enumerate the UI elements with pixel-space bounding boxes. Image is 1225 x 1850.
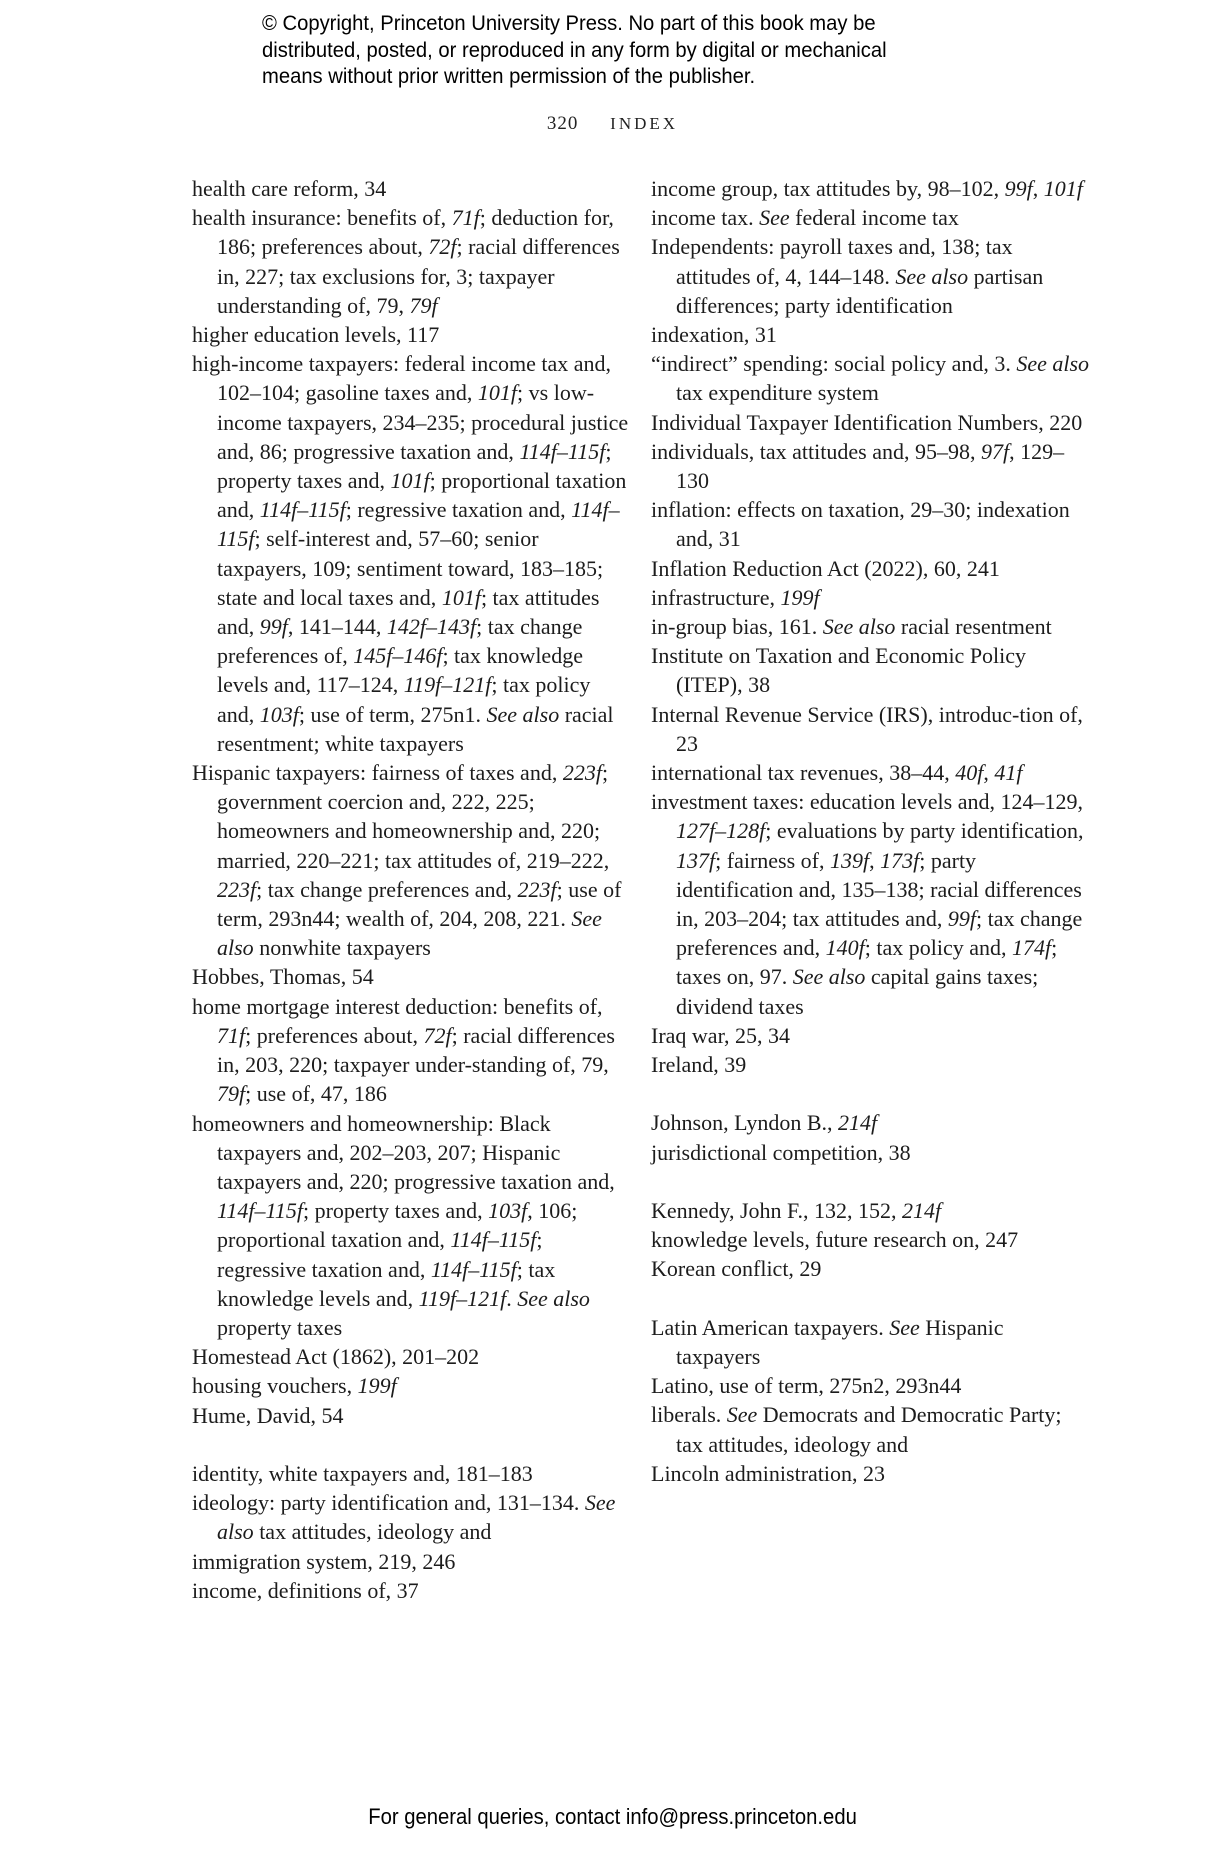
index-entry: Homestead Act (1862), 201–202 (192, 1342, 632, 1371)
index-entry: Hume, David, 54 (192, 1401, 632, 1430)
index-entry: ideology: party identification and, 131–… (192, 1488, 632, 1546)
index-entry: immigration system, 219, 246 (192, 1547, 632, 1576)
index-entry: “indirect” spending: social policy and, … (651, 349, 1091, 407)
index-entry: Latin American taxpayers. See Hispanic t… (651, 1313, 1091, 1371)
index-entry: inflation: effects on taxation, 29–30; i… (651, 495, 1091, 553)
copyright-line: means without prior written permission o… (262, 63, 976, 90)
index-entry: indexation, 31 (651, 320, 1091, 349)
index-entry: Kennedy, John F., 132, 152, 214f (651, 1196, 1091, 1225)
index-entry: housing vouchers, 199f (192, 1371, 632, 1400)
index-entry: Institute on Taxation and Economic Polic… (651, 641, 1091, 699)
index-entry: Hispanic taxpayers: fairness of taxes an… (192, 758, 632, 962)
index-entry: international tax revenues, 38–44, 40f, … (651, 758, 1091, 787)
index-entry: Inflation Reduction Act (2022), 60, 241 (651, 554, 1091, 583)
index-entry: Johnson, Lyndon B., 214f (651, 1108, 1091, 1137)
index-entry: home mortgage interest deduction: benefi… (192, 992, 632, 1109)
index-entry: identity, white taxpayers and, 181–183 (192, 1459, 632, 1488)
index-entry: higher education levels, 117 (192, 320, 632, 349)
index-entry: income tax. See federal income tax (651, 203, 1091, 232)
index-entry: liberals. See Democrats and Democratic P… (651, 1400, 1091, 1458)
index-entry: knowledge levels, future research on, 24… (651, 1225, 1091, 1254)
copyright-line: © Copyright, Princeton University Press.… (262, 10, 976, 37)
footer-contact: For general queries, contact info@press.… (0, 1804, 1225, 1830)
index-entry: Korean conflict, 29 (651, 1254, 1091, 1283)
index-entry: Individual Taxpayer Identification Numbe… (651, 408, 1091, 437)
page-number: 320 (547, 113, 579, 134)
copyright-notice: © Copyright, Princeton University Press.… (262, 10, 976, 90)
index-entry: individuals, tax attitudes and, 95–98, 9… (651, 437, 1091, 495)
running-head: 320 INDEX (0, 113, 1225, 135)
running-title: INDEX (610, 114, 678, 133)
index-entry: high-income taxpayers: federal income ta… (192, 349, 632, 758)
index-entry: investment taxes: education levels and, … (651, 787, 1091, 1021)
index-entry: homeowners and homeownership: Black taxp… (192, 1109, 632, 1343)
copyright-line: distributed, posted, or reproduced in an… (262, 37, 976, 64)
index-column-right: income group, tax attitudes by, 98–102, … (651, 174, 1091, 1488)
index-entry: jurisdictional competition, 38 (651, 1138, 1091, 1167)
index-entry: health care reform, 34 (192, 174, 632, 203)
index-entry: Internal Revenue Service (IRS), introduc… (651, 700, 1091, 758)
index-entry: Hobbes, Thomas, 54 (192, 962, 632, 991)
index-entry: health insurance: benefits of, 71f; dedu… (192, 203, 632, 320)
index-entry: in-group bias, 161. See also racial rese… (651, 612, 1091, 641)
index-entry: Independents: payroll taxes and, 138; ta… (651, 232, 1091, 320)
index-entry: Lincoln administration, 23 (651, 1459, 1091, 1488)
index-entry: Latino, use of term, 275n2, 293n44 (651, 1371, 1091, 1400)
index-entry: infrastructure, 199f (651, 583, 1091, 612)
footer-contact-text: For general queries, contact info@press.… (368, 1804, 857, 1830)
index-entry: income, definitions of, 37 (192, 1576, 632, 1605)
index-entry: Iraq war, 25, 34 (651, 1021, 1091, 1050)
index-entry: income group, tax attitudes by, 98–102, … (651, 174, 1091, 203)
index-entry: Ireland, 39 (651, 1050, 1091, 1079)
index-column-left: health care reform, 34health insurance: … (192, 174, 632, 1605)
